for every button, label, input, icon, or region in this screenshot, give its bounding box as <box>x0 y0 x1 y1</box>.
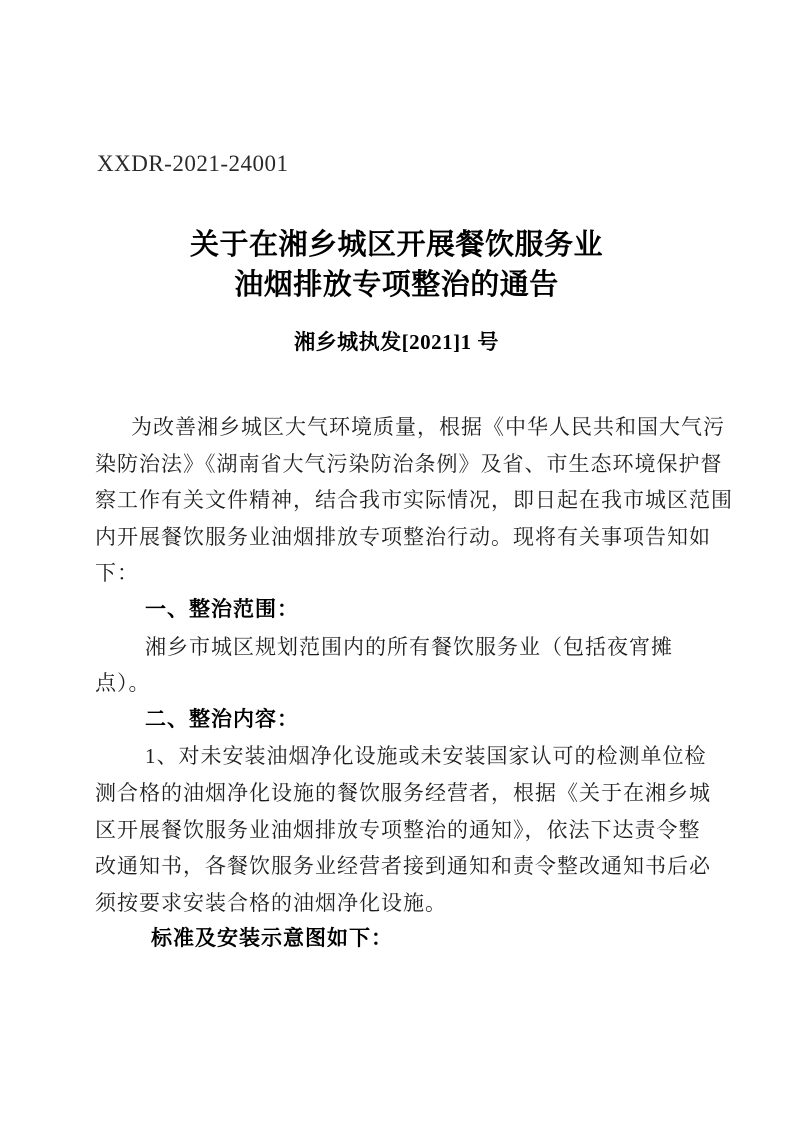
document-page: XXDR-2021-24001 关于在湘乡城区开展餐饮服务业 油烟排放专项整治的… <box>0 0 793 1122</box>
document-body: 为改善湘乡城区大气环境质量，根据《中华人民共和国大气污 染防治法》《湖南省大气污… <box>95 409 735 958</box>
doc-title-line-1: 关于在湘乡城区开展餐饮服务业 <box>0 225 793 265</box>
intro-line-2: 染防治法》《湖南省大气污染防治条例》及省、市生态环境保护督 <box>95 446 735 483</box>
doc-title-line-2: 油烟排放专项整治的通告 <box>0 265 793 305</box>
intro-line-5: 下： <box>95 555 735 592</box>
section2-item1-line-3: 区开展餐饮服务业油烟排放专项整治的通知》，依法下达责令整 <box>95 812 735 849</box>
doc-title: 关于在湘乡城区开展餐饮服务业 油烟排放专项整治的通告 <box>0 225 793 305</box>
intro-line-1: 为改善湘乡城区大气环境质量，根据《中华人民共和国大气污 <box>95 409 735 446</box>
section1-line-2: 点）。 <box>95 665 735 702</box>
issue-number: 湘乡城执发[2021]1 号 <box>0 329 793 356</box>
section2-item1-line-1: 1、对未安装油烟净化设施或未安装国家认可的检测单位检 <box>95 738 735 775</box>
closing-note: 标准及安装示意图如下： <box>95 921 735 958</box>
section2-item1-line-5: 须按要求安装合格的油烟净化设施。 <box>95 885 735 922</box>
section2-heading: 二、整治内容： <box>95 702 735 739</box>
section1-heading: 一、整治范围： <box>95 592 735 629</box>
section1-line-1: 湘乡市城区规划范围内的所有餐饮服务业（包括夜宵摊 <box>95 629 735 666</box>
intro-line-3: 察工作有关文件精神，结合我市实际情况，即日起在我市城区范围 <box>95 482 735 519</box>
section2-item1-line-4: 改通知书，各餐饮服务业经营者接到通知和责令整改通知书后必 <box>95 848 735 885</box>
section2-item1-line-2: 测合格的油烟净化设施的餐饮服务经营者，根据《关于在湘乡城 <box>95 775 735 812</box>
intro-line-4: 内开展餐饮服务业油烟排放专项整治行动。现将有关事项告知如 <box>95 519 735 556</box>
doc-number: XXDR-2021-24001 <box>97 151 289 177</box>
